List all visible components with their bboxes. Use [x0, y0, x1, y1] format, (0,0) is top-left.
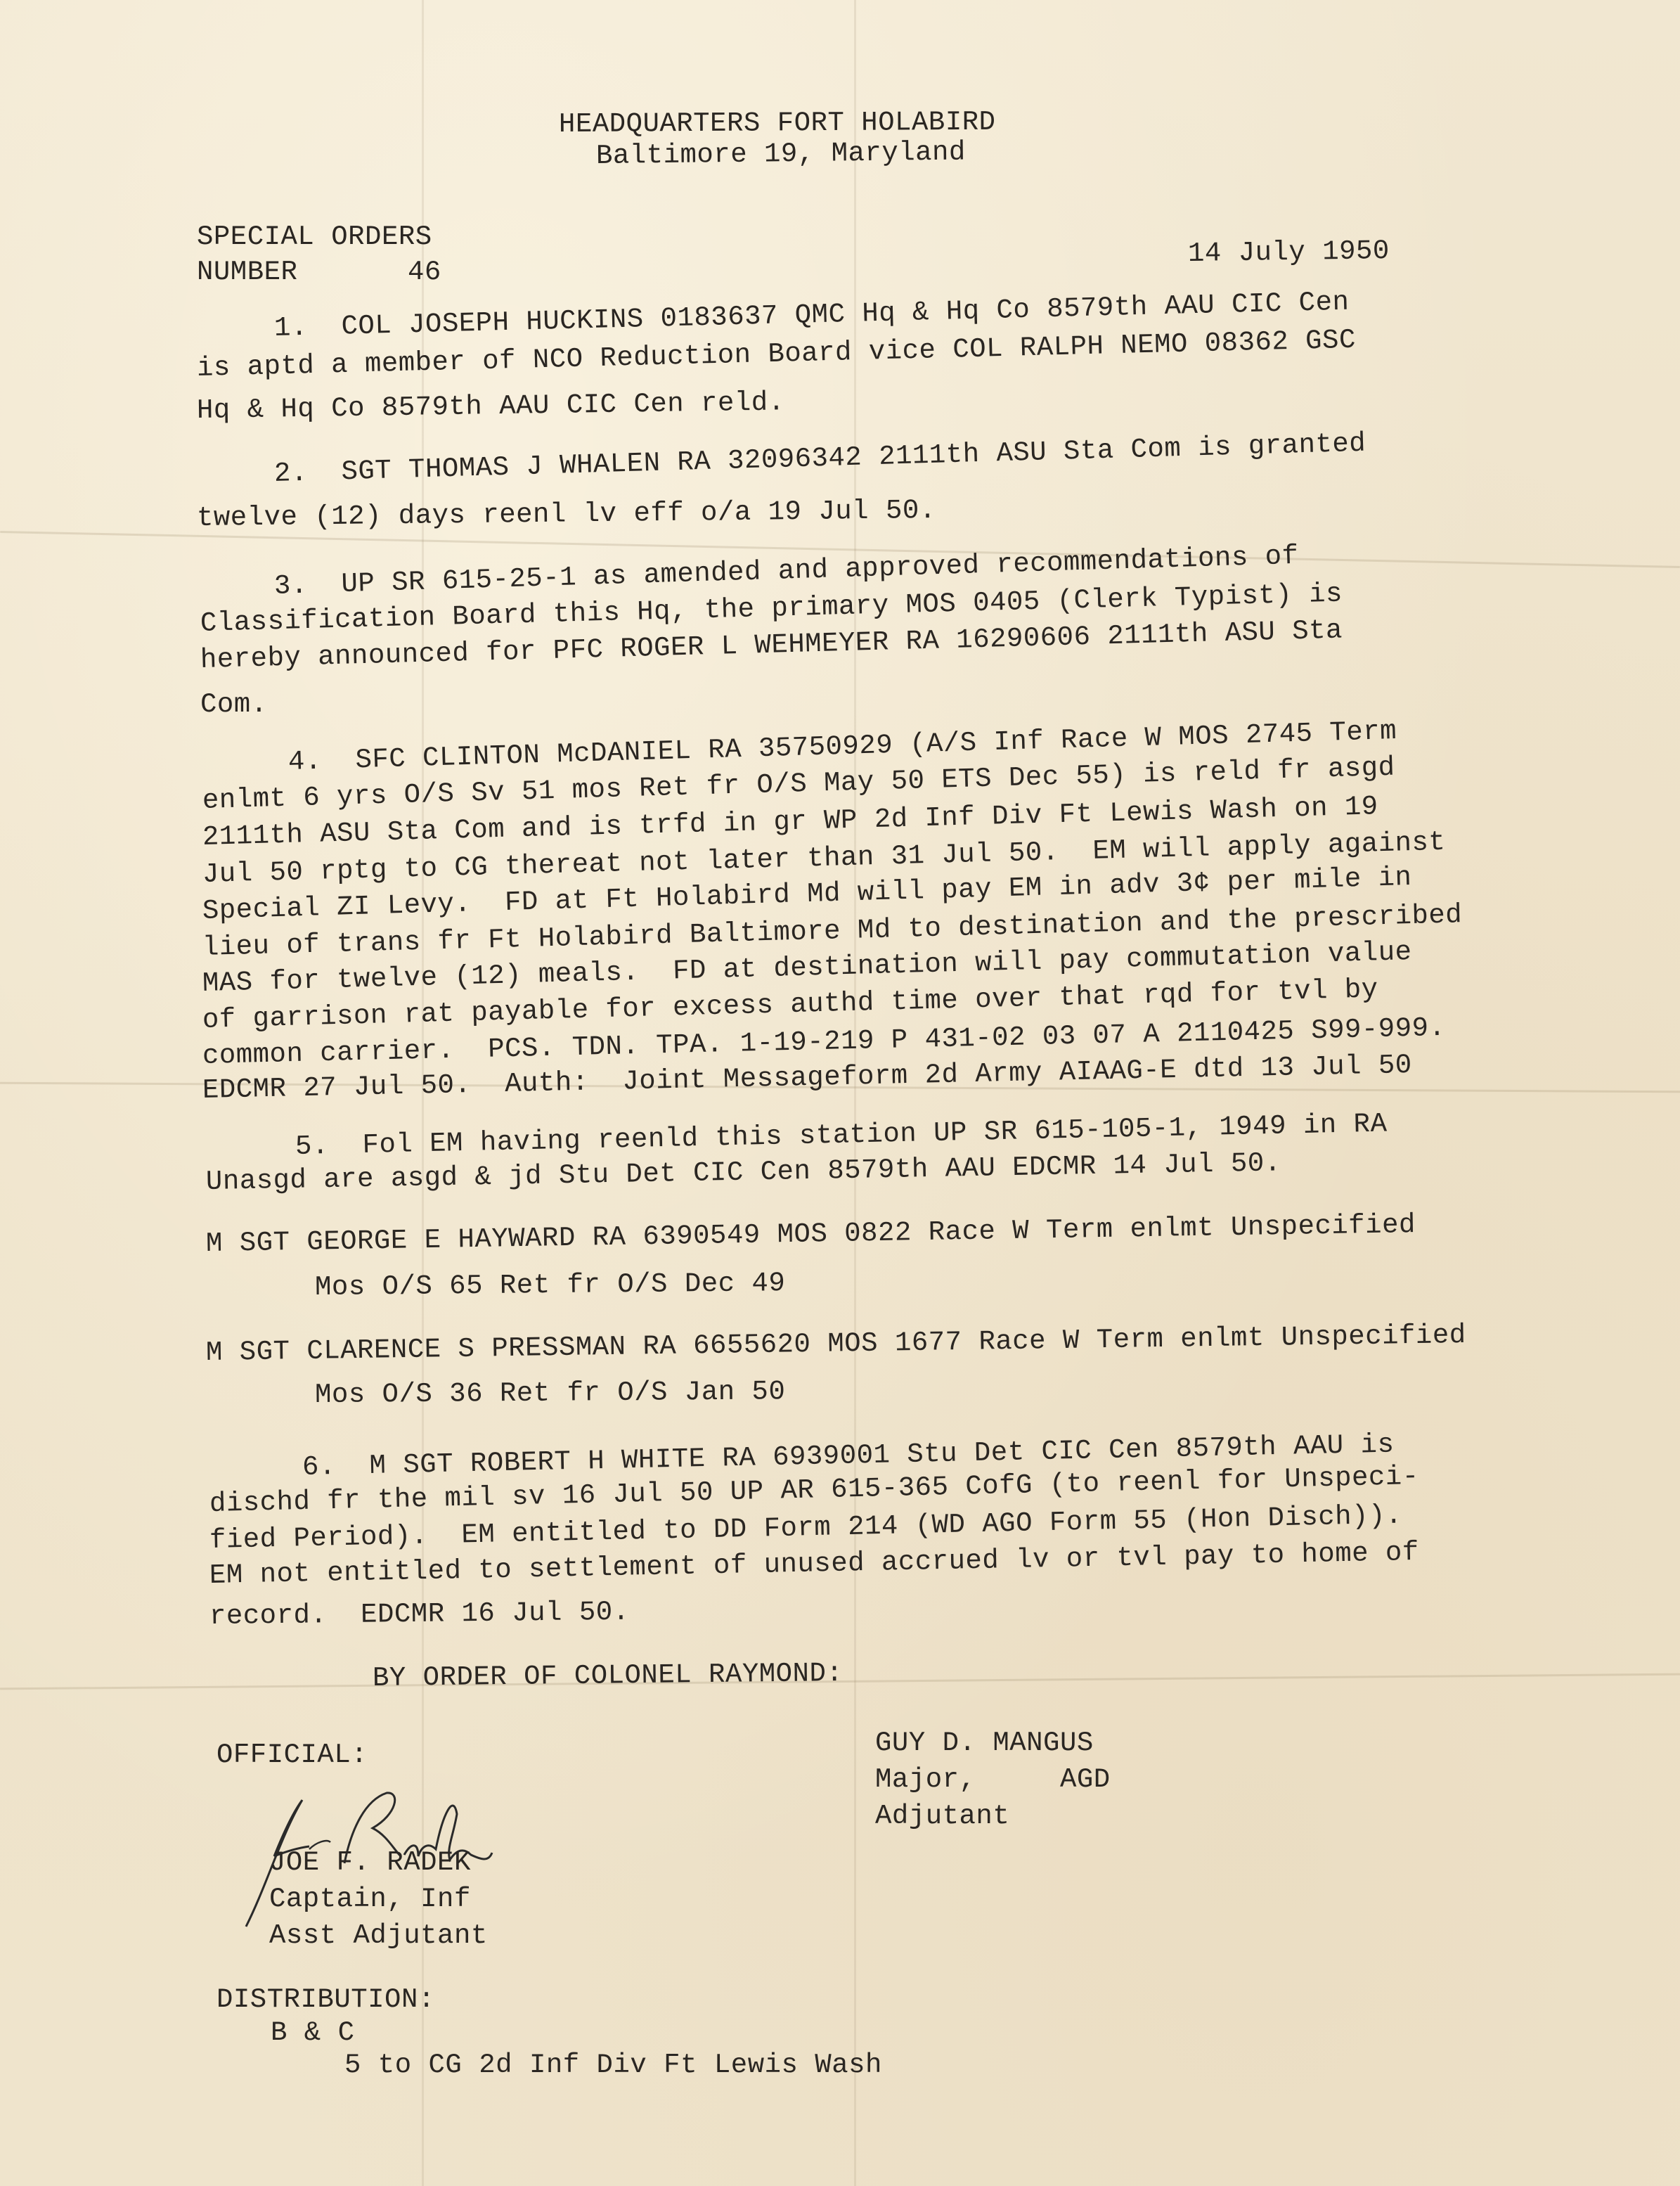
personnel-line: Mos O/S 36 Ret fr O/S Jan 50: [315, 1378, 786, 1409]
commander-signer-rank: Major, AGD: [875, 1766, 1111, 1794]
distribution-line: 5 to CG 2d Inf Div Ft Lewis Wash: [344, 2052, 882, 2079]
paragraph-line: twelve (12) days reenl lv eff o/a 19 Jul…: [197, 497, 936, 532]
header-organization: HEADQUARTERS FORT HOLABIRD: [559, 109, 996, 139]
personnel-line: M SGT CLARENCE S PRESSMAN RA 6655620 MOS…: [206, 1322, 1466, 1367]
personnel-line: Mos O/S 65 Ret fr O/S Dec 49: [315, 1270, 786, 1301]
distribution-label: DISTRIBUTION:: [217, 1986, 435, 2014]
official-signer-title: Asst Adjutant: [269, 1922, 488, 1950]
official-label: OFFICIAL:: [217, 1742, 368, 1769]
order-date: 14 July 1950: [1188, 238, 1390, 268]
official-signer-name: JOE F. RADEK: [269, 1849, 471, 1877]
order-number: 46: [408, 259, 441, 286]
by-order-line: BY ORDER OF COLONEL RAYMOND:: [373, 1660, 844, 1692]
official-signer-rank: Captain, Inf: [269, 1886, 471, 1913]
commander-signer-name: GUY D. MANGUS: [875, 1730, 1094, 1757]
personnel-line: M SGT GEORGE E HAYWARD RA 6390549 MOS 08…: [206, 1211, 1416, 1258]
header-location: Baltimore 19, Maryland: [596, 139, 966, 170]
order-title: SPECIAL ORDERS: [197, 224, 432, 251]
distribution-line: B & C: [271, 2019, 355, 2047]
paragraph-line: Com.: [200, 691, 268, 719]
paragraph-line: Hq & Hq Co 8579th AAU CIC Cen reld.: [197, 389, 785, 425]
order-number-label: NUMBER: [197, 259, 297, 286]
paragraph-line: 2. SGT THOMAS J WHALEN RA 32096342 2111t…: [273, 430, 1366, 488]
commander-signer-title: Adjutant: [875, 1803, 1009, 1830]
paragraph-line: record. EDCMR 16 Jul 50.: [209, 1599, 630, 1631]
document-page: HEADQUARTERS FORT HOLABIRD Baltimore 19,…: [0, 0, 1680, 2186]
